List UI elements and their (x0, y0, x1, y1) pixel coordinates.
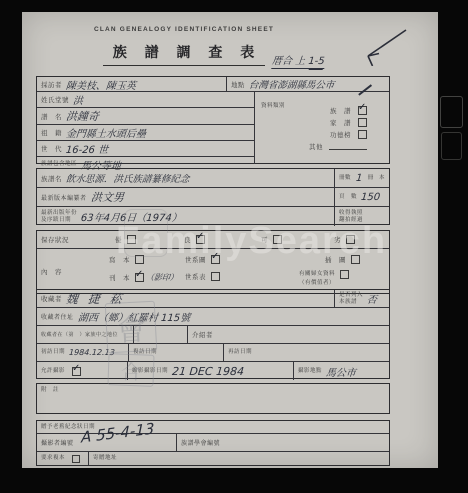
photo-place-cell: 攝影地點 馬公市 (294, 362, 389, 380)
material-option-label: 功德榜 (330, 130, 351, 139)
printed-note: （影印） (146, 272, 179, 283)
third-visit-cell: 再訪日期 (224, 344, 389, 361)
checkmark: ✓ (358, 102, 366, 113)
survey-body: 姓氏堂號 洪 譜 名 洪鐘奇 祖 籍 金門縣土水頭后壘 世 代 16-26 世 (37, 92, 389, 164)
handwritten-annotation: 厝合 上 1-5 (271, 52, 325, 69)
volumes-value: 1 (356, 173, 363, 184)
introducer-cell: 介紹者 (188, 326, 389, 343)
table-row: 族譜名 飲水思源．洪氏族譜纂修紀念 冊數 1 冊 本 (37, 169, 389, 188)
photographer-no-label: 攝影者編號 (41, 438, 74, 447)
content-label-cell: 內 容 (37, 249, 99, 293)
ancestral-home-value: 金門縣土水頭后壘 (65, 125, 146, 140)
form-title: 族 譜 調 查 表 (103, 42, 266, 66)
material-option-label: 其他 (309, 142, 323, 151)
checkbox-women-records (340, 270, 349, 279)
stamp-ghost: 合 (107, 353, 154, 387)
content-option-printed: 刊 本 ✓ （影印） (109, 272, 178, 283)
society-no-label: 族譜學會編號 (181, 438, 220, 447)
first-visit-label: 初訪日期 (41, 349, 65, 356)
table-row: 最新版本編纂者 洪文男 頁 數 150 (37, 188, 389, 207)
checkbox-copy-request (72, 455, 80, 463)
interviewer-cell: 採訪者 陳美枝、陳玉英 (37, 77, 227, 91)
volumes-cell: 冊數 1 冊 本 (335, 169, 389, 187)
location-label: 地點 (231, 80, 245, 89)
in-genealogy-cell: 是否列入 本族譜 否 (335, 290, 389, 307)
checkbox-photo-permission: ✓ (72, 367, 81, 376)
familysearch-watermark: FamilySearch (116, 220, 387, 263)
copy-request-cell: 要求複本 (37, 452, 89, 465)
material-option-other: 其他 (261, 140, 383, 152)
arrow-annotation-icon (352, 26, 410, 66)
pub-date-label: 最新出版年份 及序跋日期 (41, 210, 77, 223)
collector-name-label: 收藏者 (41, 294, 62, 303)
content-option-label: 刊 本 (109, 273, 130, 282)
table-row: 收藏者 魏 捷 菘 是否列入 本族譜 否 (37, 290, 389, 308)
collector-address-label: 收藏者住址 (41, 312, 74, 321)
content-option-label: 有關婦女資料 (299, 271, 335, 278)
checkmark: ✓ (72, 363, 80, 374)
editor-label: 最新版本編纂者 (41, 193, 87, 202)
collector-address-cell: 收藏者住址 湖西（鄉）紅羅村 115號 (37, 308, 389, 325)
photo-date-value: 21 DEC 1984 (171, 365, 244, 378)
pages-label: 頁 數 (339, 194, 357, 201)
volumes-label: 冊數 (339, 175, 351, 182)
women-records-sub: （有價值者） (299, 280, 335, 287)
editor-value: 洪文男 (90, 189, 124, 205)
genealogy-name-label: 譜 名 (41, 112, 62, 121)
sheet-title-en: CLAN GENEALOGY IDENTIFICATION SHEET (0, 26, 392, 33)
scan-background: CLAN GENEALOGY IDENTIFICATION SHEET 族 譜 … (0, 0, 468, 493)
checkbox-zupu: ✓ (358, 106, 367, 115)
regions-label: 族譜包含地區 (41, 161, 77, 168)
material-type-box: 資料類別 族 譜 ✓ 家 譜 功德榜 其他 (254, 92, 389, 164)
checkmark: ✓ (135, 269, 143, 280)
section-work: 族譜名 飲水思源．洪氏族譜纂修紀念 冊數 1 冊 本 最新版本編纂者 洪文男 頁… (36, 168, 390, 225)
photo-place-label: 攝影地點 (298, 368, 322, 375)
material-option-jiapu: 家 譜 (261, 116, 383, 128)
remarks-cell: 附 註 (37, 384, 389, 413)
annotation-number: 1-5 (308, 56, 325, 68)
stamp-ghost (441, 132, 462, 160)
material-option-gongdebang: 功德榜 (261, 128, 383, 140)
generations-label: 世 代 (41, 144, 62, 153)
section-remarks: 附 註 (36, 383, 390, 414)
annotation-text: 厝合 上 (271, 56, 305, 67)
table-row: 允許攝影 ✓ 縮影攝影日期 21 DEC 1984 攝影地點 馬公市 (37, 362, 389, 380)
pages-cell: 頁 數 150 (335, 188, 389, 206)
send-address-cell: 寄贈地址 (89, 452, 389, 465)
ancestral-home-label: 祖 籍 (41, 128, 62, 137)
content-label: 內 容 (41, 267, 62, 276)
content-option-label: 世系表 (185, 272, 206, 281)
genealogy-name-value: 洪鐘奇 (65, 108, 99, 124)
condition-label: 保存狀況 (41, 235, 97, 244)
content-option-women-records: 有關婦女資料 (299, 270, 349, 279)
introducer-label: 介紹者 (192, 330, 213, 339)
checkbox-jiapu (358, 118, 367, 127)
photo-place-value: 馬公市 (325, 364, 356, 379)
generations-cell: 世 代 16-26 世 (37, 141, 254, 157)
survey-fields: 姓氏堂號 洪 譜 名 洪鐘奇 祖 籍 金門縣土水頭后壘 世 代 16-26 世 (37, 92, 254, 164)
table-row: 收藏者在（第 ）家族中之地位 介紹者 (37, 326, 389, 344)
interviewer-label: 採訪者 (41, 80, 62, 89)
work-title-label: 族譜名 (41, 174, 62, 183)
stamp-ghost (440, 96, 463, 128)
section-collector: 收藏者 魏 捷 菘 是否列入 本族譜 否 收藏者住址 湖西（鄉）紅羅村 115號 (36, 289, 390, 379)
pub-date-label-line2: 及序跋日期 (41, 217, 77, 224)
table-row: 要求複本 寄贈地址 (37, 452, 389, 465)
checkbox-gongdebang (358, 130, 367, 139)
society-no-cell: 族譜學會編號 (177, 434, 389, 451)
location-value: 台灣省澎湖縣馬公市 (248, 77, 335, 91)
generations-value: 16-26 世 (65, 141, 109, 156)
editor-cell: 最新版本編纂者 洪文男 (37, 188, 335, 206)
form-title-wrap: 族 譜 調 查 表 (0, 42, 392, 66)
collector-name-cell: 收藏者 魏 捷 菘 (37, 290, 335, 307)
send-address-label: 寄贈地址 (93, 455, 117, 462)
section-admin: A 55-4-13 贈予老舊紀念狀日期 攝影者編號 族譜學會編號 要求複本 (36, 420, 390, 466)
surname-hall-value: 洪 (72, 92, 83, 107)
content-option-lineage-table: 世系表 (185, 272, 220, 281)
checkbox-lineage-table (211, 272, 220, 281)
genealogy-name-cell: 譜 名 洪鐘奇 (37, 108, 254, 125)
remarks-label: 附 註 (41, 387, 59, 394)
material-option-label: 家 譜 (330, 118, 351, 127)
interviewer-value: 陳美枝、陳玉英 (65, 77, 136, 92)
volumes-unit-b: 本 (379, 175, 385, 182)
section-survey: 採訪者 陳美枝、陳玉英 地點 台灣省澎湖縣馬公市 姓氏堂號 洪 譜 名 洪鐘奇 (36, 76, 390, 164)
surname-hall-label: 姓氏堂號 (41, 95, 69, 104)
in-genealogy-value: 否 (366, 291, 377, 306)
content-option-women-sub: （有價值者） (299, 280, 335, 287)
pages-value: 150 (361, 192, 381, 203)
table-row: 收藏者住址 湖西（鄉）紅羅村 115號 (37, 308, 389, 326)
volumes-unit-a: 冊 (368, 175, 374, 182)
in-genealogy-label-line2: 本族譜 (339, 299, 363, 306)
stamp-ghost: 會 (105, 301, 158, 354)
in-genealogy-label: 是否列入 本族譜 (339, 292, 363, 305)
photo-permission-label: 允許攝影 (41, 368, 65, 375)
surname-hall-cell: 姓氏堂號 洪 (37, 92, 254, 108)
material-type-label: 資料類別 (261, 103, 285, 109)
table-row: 採訪者 陳美枝、陳玉英 地點 台灣省澎湖縣馬公市 (37, 77, 389, 92)
checkbox-printed: ✓ (135, 273, 144, 282)
table-row: 初訪日期 1984.12.13 複訪日期 再訪日期 (37, 344, 389, 362)
work-title-cell: 族譜名 飲水思源．洪氏族譜纂修紀念 (37, 169, 335, 187)
material-option-label: 族 譜 (330, 106, 351, 115)
third-visit-label: 再訪日期 (228, 349, 252, 356)
work-title-value: 飲水思源．洪氏族譜纂修紀念 (65, 171, 190, 185)
other-blank-line (329, 143, 367, 150)
copy-request-label: 要求複本 (41, 455, 65, 462)
ancestral-home-cell: 祖 籍 金門縣土水頭后壘 (37, 125, 254, 141)
